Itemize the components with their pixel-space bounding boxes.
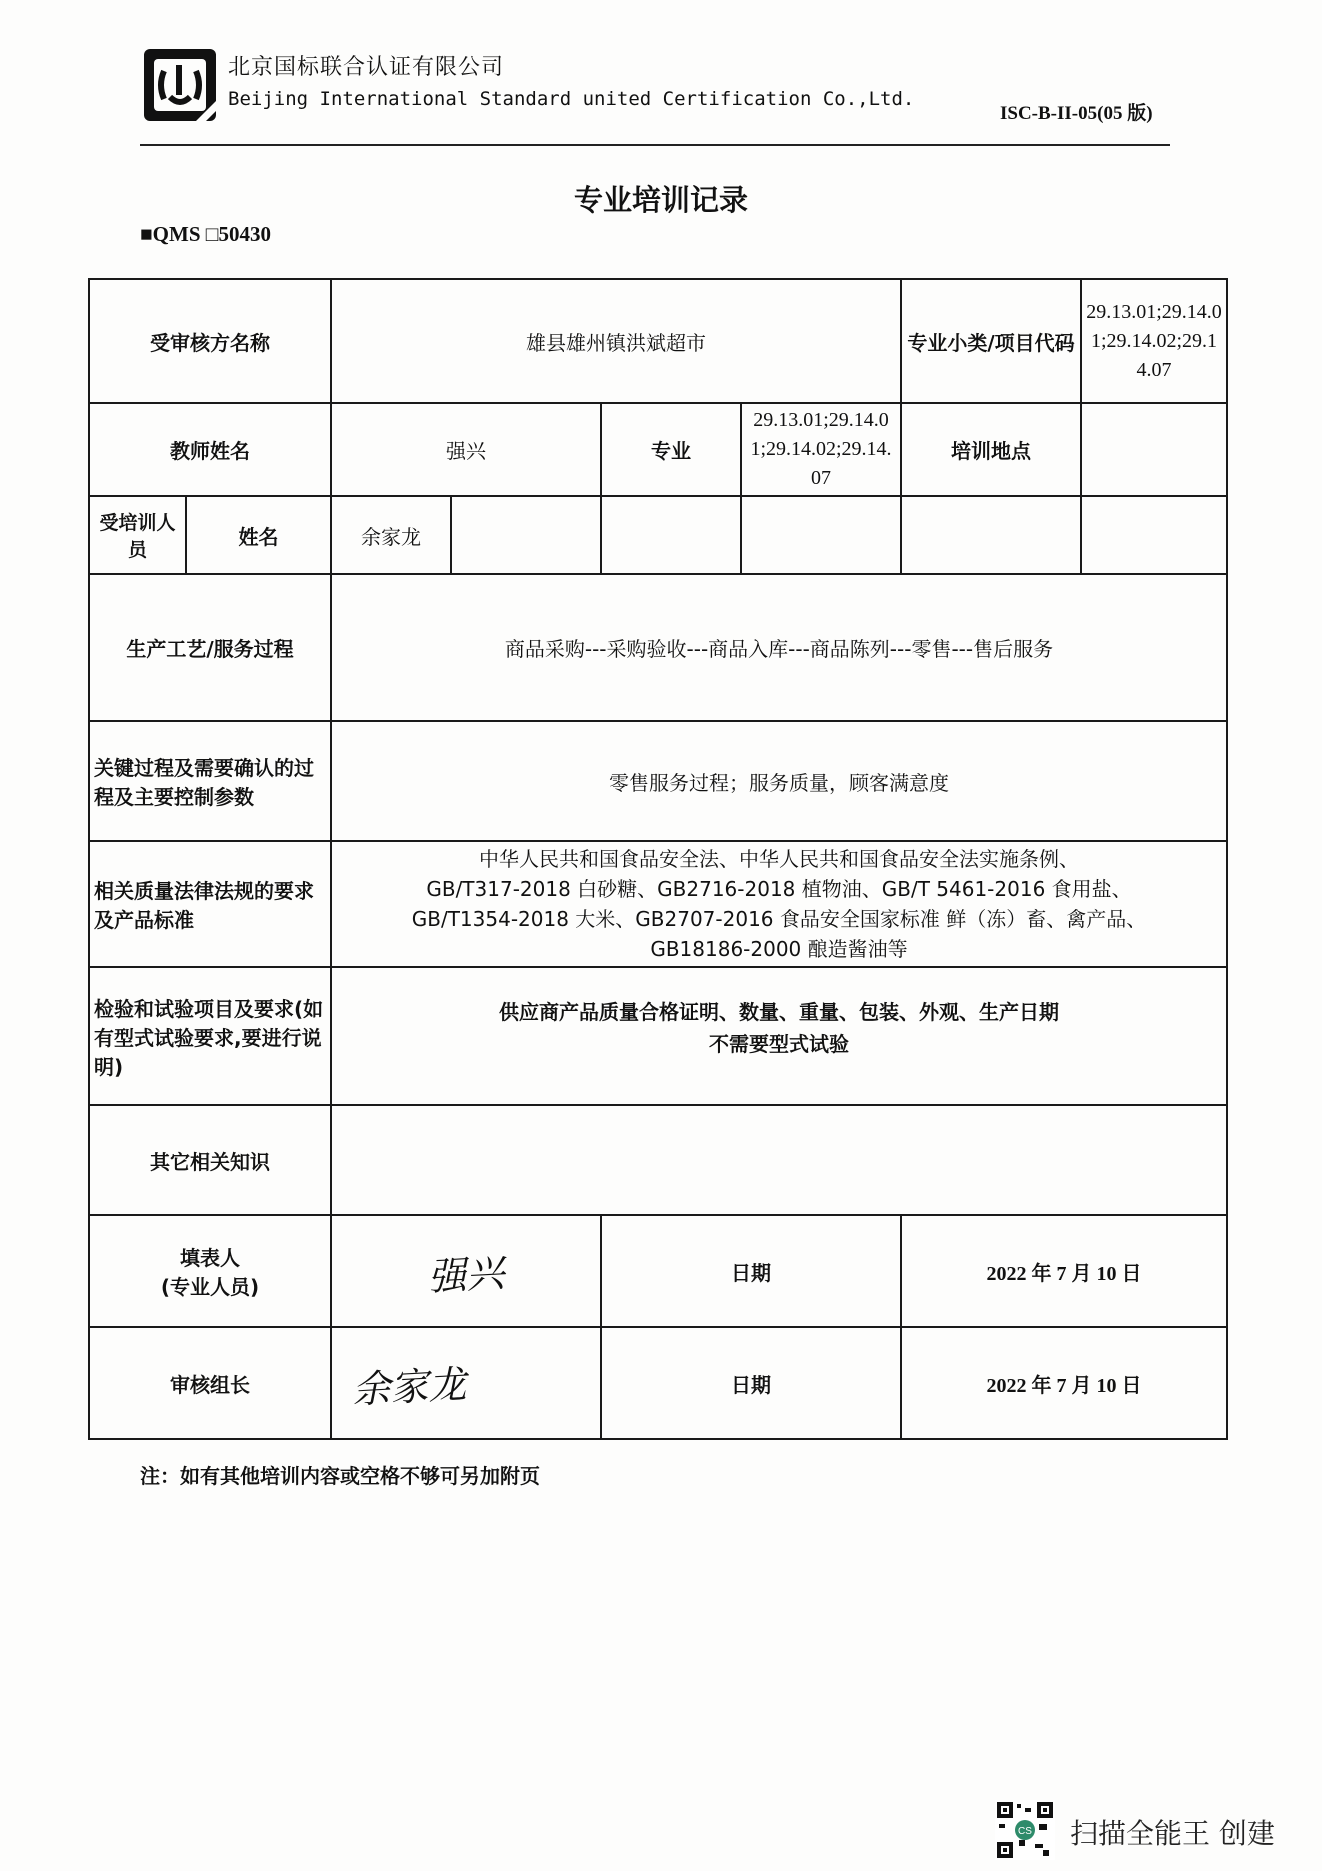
filler-date-label: 日期 xyxy=(601,1215,901,1327)
trainee-name-6[interactable] xyxy=(1081,496,1227,574)
header-divider xyxy=(140,144,1170,146)
trainee-name-4[interactable] xyxy=(741,496,901,574)
teacher-value[interactable]: 强兴 xyxy=(331,403,601,496)
row-key-process: 关键过程及需要确认的过程及主要控制参数 零售服务过程；服务质量，顾客满意度 xyxy=(89,721,1227,841)
laws-line-3: GB/T1354-2018 大米、GB2707-2016 食品安全国家标准 鲜（… xyxy=(336,904,1222,934)
trainee-name-5[interactable] xyxy=(901,496,1081,574)
inspection-label: 检验和试验项目及要求(如有型式试验要求,要进行说明) xyxy=(89,967,331,1105)
location-label: 培训地点 xyxy=(901,403,1081,496)
company-logo-icon xyxy=(140,45,220,125)
laws-value[interactable]: 中华人民共和国食品安全法、中华人民共和国食品安全法实施条例、 GB/T317-2… xyxy=(331,841,1227,967)
trainee-label: 受培训人员 xyxy=(89,496,186,574)
laws-label: 相关质量法律法规的要求及产品标准 xyxy=(89,841,331,967)
page-title: 专业培训记录 xyxy=(0,178,1322,219)
process-label: 生产工艺/服务过程 xyxy=(89,574,331,721)
leader-signature[interactable]: 余家龙 xyxy=(331,1327,601,1439)
company-name-en: Beijing International Standard united Ce… xyxy=(228,88,914,110)
inspection-line-1: 供应商产品质量合格证明、数量、重量、包装、外观、生产日期 xyxy=(336,996,1222,1028)
filler-signature[interactable]: 强兴 xyxy=(331,1215,601,1327)
leader-date[interactable]: 2022 年 7 月 10 日 xyxy=(901,1327,1227,1439)
process-value[interactable]: 商品采购---采购验收---商品入库---商品陈列---零售---售后服务 xyxy=(331,574,1227,721)
location-value[interactable] xyxy=(1081,403,1227,496)
major-label: 专业 xyxy=(601,403,741,496)
trainee-name-label: 姓名 xyxy=(186,496,331,574)
trainee-name-1[interactable]: 余家龙 xyxy=(331,496,451,574)
trainee-name-3[interactable] xyxy=(601,496,741,574)
category-value[interactable]: 29.13.01;29.14.01;29.14.02;29.14.07 xyxy=(1081,279,1227,403)
std-50430-checkbox[interactable]: □50430 xyxy=(206,222,271,246)
filler-label: 填表人 (专业人员) xyxy=(89,1215,331,1327)
svg-text:CS: CS xyxy=(1018,1826,1032,1837)
key-process-label: 关键过程及需要确认的过程及主要控制参数 xyxy=(89,721,331,841)
qms-checkbox[interactable]: ■QMS xyxy=(140,222,201,246)
key-process-value[interactable]: 零售服务过程；服务质量，顾客满意度 xyxy=(331,721,1227,841)
row-laws: 相关质量法律法规的要求及产品标准 中华人民共和国食品安全法、中华人民共和国食品安… xyxy=(89,841,1227,967)
company-name-cn: 北京国标联合认证有限公司 xyxy=(228,50,504,81)
inspection-line-2: 不需要型式试验 xyxy=(336,1028,1222,1060)
inspection-value[interactable]: 供应商产品质量合格证明、数量、重量、包装、外观、生产日期 不需要型式试验 xyxy=(331,967,1227,1105)
leader-label: 审核组长 xyxy=(89,1327,331,1439)
filler-date[interactable]: 2022 年 7 月 10 日 xyxy=(901,1215,1227,1327)
category-label: 专业小类/项目代码 xyxy=(901,279,1081,403)
row-trainees: 受培训人员 姓名 余家龙 xyxy=(89,496,1227,574)
row-filler: 填表人 (专业人员) 强兴 日期 2022 年 7 月 10 日 xyxy=(89,1215,1227,1327)
scanner-watermark: 扫描全能王 创建 xyxy=(1070,1812,1275,1852)
major-value[interactable]: 29.13.01;29.14.01;29.14.02;29.14.07 xyxy=(741,403,901,496)
auditee-value[interactable]: 雄县雄州镇洪斌超市 xyxy=(331,279,901,403)
row-teacher: 教师姓名 强兴 专业 29.13.01;29.14.01;29.14.02;29… xyxy=(89,403,1227,496)
management-system-selector: ■QMS □50430 xyxy=(140,222,271,247)
document-code: ISC-B-II-05(05 版) xyxy=(1000,98,1153,125)
laws-line-4: GB18186-2000 酿造酱油等 xyxy=(336,934,1222,964)
laws-line-1: 中华人民共和国食品安全法、中华人民共和国食品安全法实施条例、 xyxy=(336,844,1222,874)
row-leader: 审核组长 余家龙 日期 2022 年 7 月 10 日 xyxy=(89,1327,1227,1439)
row-other: 其它相关知识 xyxy=(89,1105,1227,1215)
other-knowledge-label: 其它相关知识 xyxy=(89,1105,331,1215)
row-auditee: 受审核方名称 雄县雄州镇洪斌超市 专业小类/项目代码 29.13.01;29.1… xyxy=(89,279,1227,403)
row-process: 生产工艺/服务过程 商品采购---采购验收---商品入库---商品陈列---零售… xyxy=(89,574,1227,721)
auditee-label: 受审核方名称 xyxy=(89,279,331,403)
other-knowledge-value[interactable] xyxy=(331,1105,1227,1215)
training-record-form: 受审核方名称 雄县雄州镇洪斌超市 专业小类/项目代码 29.13.01;29.1… xyxy=(88,278,1228,1440)
trainee-name-2[interactable] xyxy=(451,496,601,574)
laws-line-2: GB/T317-2018 白砂糖、GB2716-2018 植物油、GB/T 54… xyxy=(336,874,1222,904)
footnote: 注：如有其他培训内容或空格不够可另加附页 xyxy=(140,1460,540,1489)
leader-date-label: 日期 xyxy=(601,1327,901,1439)
qr-code-icon: CS xyxy=(995,1800,1055,1860)
teacher-label: 教师姓名 xyxy=(89,403,331,496)
row-inspection: 检验和试验项目及要求(如有型式试验要求,要进行说明) 供应商产品质量合格证明、数… xyxy=(89,967,1227,1105)
